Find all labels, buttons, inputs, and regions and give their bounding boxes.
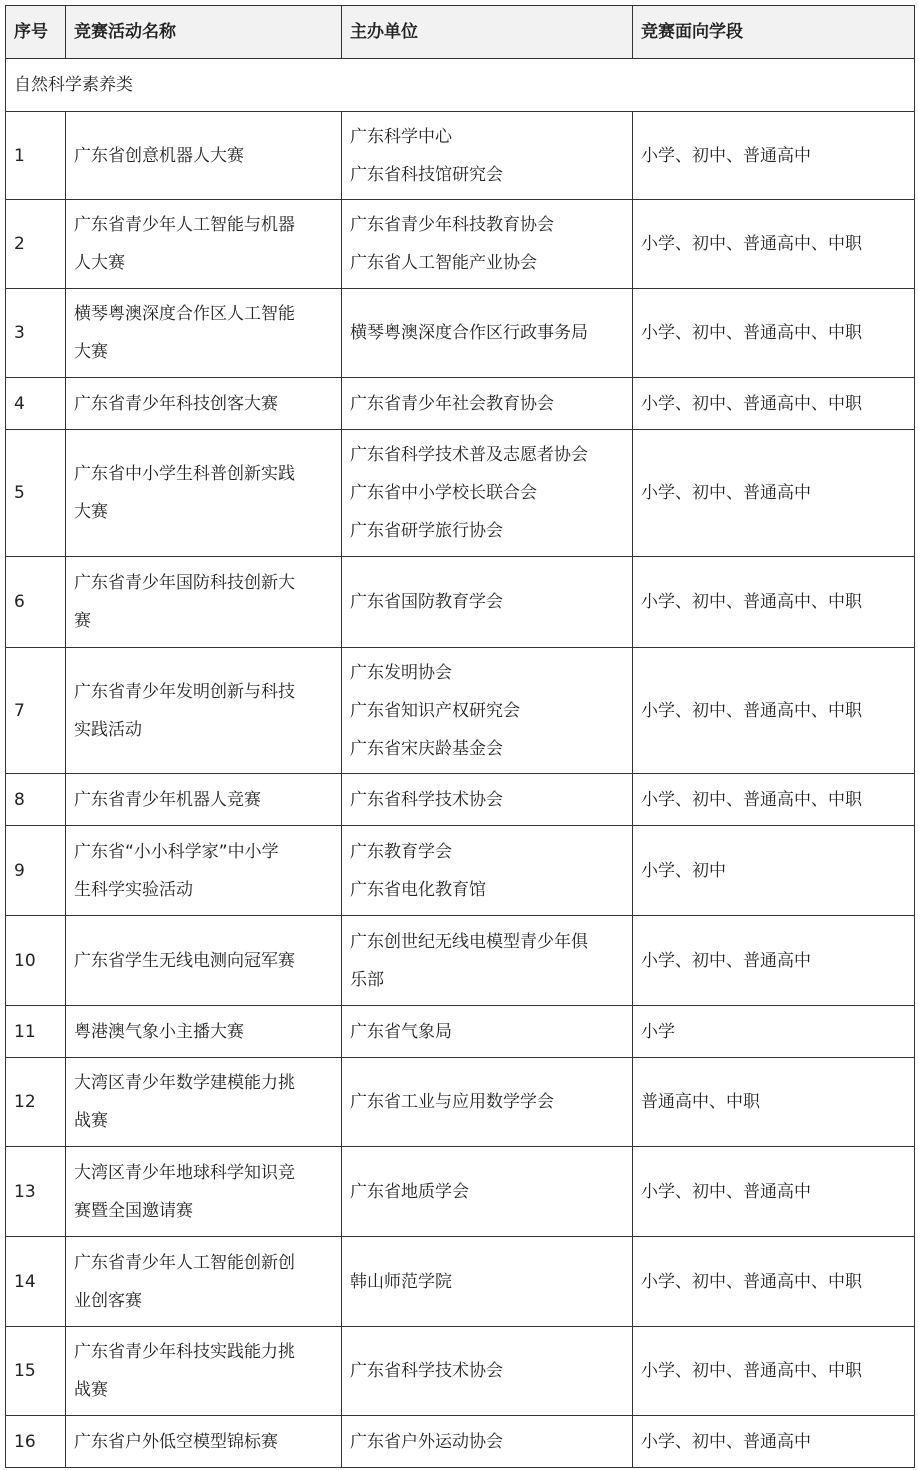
cell-org-line: 广东省研学旅行协会 [350, 512, 624, 550]
cell-no: 12 [6, 1058, 66, 1147]
cell-org-line: 韩山师范学院 [350, 1263, 624, 1301]
cell-no: 8 [6, 774, 66, 826]
cell-name-line: 广东省“小小科学家”中小学 [74, 833, 333, 871]
cell-stage: 小学、初中、普通高中 [633, 916, 915, 1006]
cell-name: 广东省青少年国防科技创新大赛 [66, 557, 342, 648]
cell-name-line: 广东省青少年发明创新与科技 [74, 673, 333, 711]
table-row: 11粤港澳气象小主播大赛广东省气象局小学 [6, 1006, 915, 1058]
cell-name-line: 实践活动 [74, 711, 333, 749]
cell-org: 广东省青少年社会教育协会 [342, 378, 633, 430]
cell-stage: 小学、初中、普通高中 [633, 112, 915, 200]
cell-org-line: 广东省电化教育馆 [350, 871, 624, 909]
cell-org-line: 广东省青少年社会教育协会 [350, 385, 624, 423]
table-row: 8广东省青少年机器人竞赛广东省科学技术协会小学、初中、普通高中、中职 [6, 774, 915, 826]
cell-name: 大湾区青少年数学建模能力挑战赛 [66, 1058, 342, 1147]
table-row: 12大湾区青少年数学建模能力挑战赛广东省工业与应用数学学会普通高中、中职 [6, 1058, 915, 1147]
competition-table: 序号 竞赛活动名称 主办单位 竞赛面向学段 自然科学素养类 1广东省创意机器人大… [5, 5, 915, 1468]
table-row: 10广东省学生无线电测向冠军赛广东创世纪无线电模型青少年俱乐部小学、初中、普通高… [6, 916, 915, 1006]
cell-org-line: 广东创世纪无线电模型青少年俱 [350, 923, 624, 961]
cell-org-line: 广东省工业与应用数学学会 [350, 1083, 624, 1121]
cell-org-line: 广东省户外运动协会 [350, 1423, 624, 1461]
cell-org-line: 广东省气象局 [350, 1013, 624, 1051]
cell-name-line: 大赛 [74, 333, 333, 371]
cell-no: 5 [6, 430, 66, 557]
header-no: 序号 [6, 6, 66, 59]
cell-org-line: 广东省人工智能产业协会 [350, 244, 624, 282]
cell-org: 广东创世纪无线电模型青少年俱乐部 [342, 916, 633, 1006]
cell-name-line: 大湾区青少年数学建模能力挑 [74, 1064, 333, 1102]
cell-name: 广东省中小学生科普创新实践大赛 [66, 430, 342, 557]
cell-stage: 小学、初中、普通高中、中职 [633, 557, 915, 648]
cell-no: 3 [6, 289, 66, 378]
cell-name-line: 战赛 [74, 1102, 333, 1140]
cell-name-line: 人大赛 [74, 244, 333, 282]
cell-stage: 小学、初中、普通高中 [633, 430, 915, 557]
cell-name: 大湾区青少年地球科学知识竞赛暨全国邀请赛 [66, 1147, 342, 1237]
category-label: 自然科学素养类 [6, 59, 915, 112]
cell-org: 广东省工业与应用数学学会 [342, 1058, 633, 1147]
category-row: 自然科学素养类 [6, 59, 915, 112]
cell-no: 6 [6, 557, 66, 648]
cell-org: 广东发明协会广东省知识产权研究会广东省宋庆龄基金会 [342, 648, 633, 774]
cell-name-line: 广东省户外低空模型锦标赛 [74, 1423, 333, 1461]
cell-name: 广东省青少年发明创新与科技实践活动 [66, 648, 342, 774]
cell-stage: 小学、初中、普通高中、中职 [633, 648, 915, 774]
table-row: 4广东省青少年科技创客大赛广东省青少年社会教育协会小学、初中、普通高中、中职 [6, 378, 915, 430]
cell-name-line: 大赛 [74, 493, 333, 531]
cell-name: 广东省青少年科技创客大赛 [66, 378, 342, 430]
cell-no: 16 [6, 1416, 66, 1468]
table-row: 15广东省青少年科技实践能力挑战赛广东省科学技术协会小学、初中、普通高中、中职 [6, 1327, 915, 1416]
cell-name-line: 战赛 [74, 1371, 333, 1409]
cell-stage: 小学、初中、普通高中、中职 [633, 1327, 915, 1416]
cell-org: 广东省科学技术协会 [342, 1327, 633, 1416]
cell-org: 广东省科学技术普及志愿者协会广东省中小学校长联合会广东省研学旅行协会 [342, 430, 633, 557]
cell-name-line: 粤港澳气象小主播大赛 [74, 1013, 333, 1051]
header-org: 主办单位 [342, 6, 633, 59]
cell-name-line: 广东省青少年科技实践能力挑 [74, 1333, 333, 1371]
cell-stage: 小学 [633, 1006, 915, 1058]
table-row: 1广东省创意机器人大赛广东科学中心广东省科技馆研究会小学、初中、普通高中 [6, 112, 915, 200]
table-row: 14广东省青少年人工智能创新创业创客赛韩山师范学院小学、初中、普通高中、中职 [6, 1237, 915, 1327]
cell-stage: 小学、初中、普通高中、中职 [633, 378, 915, 430]
table-row: 2广东省青少年人工智能与机器人大赛广东省青少年科技教育协会广东省人工智能产业协会… [6, 200, 915, 289]
cell-stage: 小学、初中、普通高中 [633, 1416, 915, 1468]
cell-org: 韩山师范学院 [342, 1237, 633, 1327]
cell-org-line: 广东教育学会 [350, 833, 624, 871]
table-row: 6广东省青少年国防科技创新大赛广东省国防教育学会小学、初中、普通高中、中职 [6, 557, 915, 648]
cell-no: 4 [6, 378, 66, 430]
cell-name-line: 赛暨全国邀请赛 [74, 1192, 333, 1230]
cell-no: 2 [6, 200, 66, 289]
cell-name-line: 广东省中小学生科普创新实践 [74, 455, 333, 493]
table-row: 16广东省户外低空模型锦标赛广东省户外运动协会小学、初中、普通高中 [6, 1416, 915, 1468]
table-row: 5广东省中小学生科普创新实践大赛广东省科学技术普及志愿者协会广东省中小学校长联合… [6, 430, 915, 557]
cell-org: 横琴粤澳深度合作区行政事务局 [342, 289, 633, 378]
cell-org: 广东教育学会广东省电化教育馆 [342, 826, 633, 916]
cell-org: 广东省地质学会 [342, 1147, 633, 1237]
cell-no: 7 [6, 648, 66, 774]
table-row: 9广东省“小小科学家”中小学生科学实验活动广东教育学会广东省电化教育馆小学、初中 [6, 826, 915, 916]
cell-org-line: 广东省科学技术普及志愿者协会 [350, 436, 624, 474]
cell-stage: 小学、初中、普通高中、中职 [633, 1237, 915, 1327]
cell-org: 广东省户外运动协会 [342, 1416, 633, 1468]
cell-stage: 小学、初中、普通高中、中职 [633, 200, 915, 289]
cell-org-line: 广东发明协会 [350, 654, 624, 692]
cell-org-line: 广东省国防教育学会 [350, 583, 624, 621]
header-row: 序号 竞赛活动名称 主办单位 竞赛面向学段 [6, 6, 915, 59]
cell-org-line: 广东省知识产权研究会 [350, 692, 624, 730]
cell-name: 广东省青少年科技实践能力挑战赛 [66, 1327, 342, 1416]
cell-org: 广东省青少年科技教育协会广东省人工智能产业协会 [342, 200, 633, 289]
cell-name: 横琴粤澳深度合作区人工智能大赛 [66, 289, 342, 378]
cell-org-line: 广东省地质学会 [350, 1173, 624, 1211]
cell-name-line: 广东省创意机器人大赛 [74, 137, 333, 175]
cell-org: 广东省气象局 [342, 1006, 633, 1058]
cell-stage: 小学、初中、普通高中、中职 [633, 774, 915, 826]
cell-name-line: 生科学实验活动 [74, 871, 333, 909]
cell-name: 广东省户外低空模型锦标赛 [66, 1416, 342, 1468]
cell-org-line: 广东省青少年科技教育协会 [350, 206, 624, 244]
cell-stage: 小学、初中 [633, 826, 915, 916]
cell-org-line: 广东省中小学校长联合会 [350, 474, 624, 512]
cell-no: 10 [6, 916, 66, 1006]
cell-name-line: 赛 [74, 602, 333, 640]
cell-org-line: 广东省科学技术协会 [350, 1352, 624, 1390]
cell-name-line: 大湾区青少年地球科学知识竞 [74, 1154, 333, 1192]
cell-name: 广东省学生无线电测向冠军赛 [66, 916, 342, 1006]
cell-org-line: 广东省宋庆龄基金会 [350, 730, 624, 768]
cell-no: 13 [6, 1147, 66, 1237]
table-row: 3横琴粤澳深度合作区人工智能大赛横琴粤澳深度合作区行政事务局小学、初中、普通高中… [6, 289, 915, 378]
cell-name-line: 横琴粤澳深度合作区人工智能 [74, 295, 333, 333]
cell-org-line: 广东科学中心 [350, 118, 624, 156]
cell-no: 11 [6, 1006, 66, 1058]
header-name: 竞赛活动名称 [66, 6, 342, 59]
table-row: 7广东省青少年发明创新与科技实践活动广东发明协会广东省知识产权研究会广东省宋庆龄… [6, 648, 915, 774]
cell-name-line: 广东省学生无线电测向冠军赛 [74, 942, 333, 980]
cell-org: 广东科学中心广东省科技馆研究会 [342, 112, 633, 200]
cell-name-line: 广东省青少年机器人竞赛 [74, 781, 333, 819]
cell-name-line: 广东省青少年国防科技创新大 [74, 564, 333, 602]
cell-name-line: 业创客赛 [74, 1282, 333, 1320]
cell-org-line: 广东省科学技术协会 [350, 781, 624, 819]
cell-name-line: 广东省青少年人工智能创新创 [74, 1244, 333, 1282]
cell-name-line: 广东省青少年人工智能与机器 [74, 206, 333, 244]
cell-org: 广东省国防教育学会 [342, 557, 633, 648]
cell-name: 广东省青少年人工智能创新创业创客赛 [66, 1237, 342, 1327]
cell-stage: 小学、初中、普通高中、中职 [633, 289, 915, 378]
cell-no: 1 [6, 112, 66, 200]
cell-stage: 普通高中、中职 [633, 1058, 915, 1147]
cell-name: 广东省青少年机器人竞赛 [66, 774, 342, 826]
cell-org-line: 横琴粤澳深度合作区行政事务局 [350, 314, 624, 352]
table-row: 13大湾区青少年地球科学知识竞赛暨全国邀请赛广东省地质学会小学、初中、普通高中 [6, 1147, 915, 1237]
cell-name: 粤港澳气象小主播大赛 [66, 1006, 342, 1058]
cell-org-line: 乐部 [350, 961, 624, 999]
cell-stage: 小学、初中、普通高中 [633, 1147, 915, 1237]
cell-name: 广东省青少年人工智能与机器人大赛 [66, 200, 342, 289]
cell-org: 广东省科学技术协会 [342, 774, 633, 826]
cell-no: 15 [6, 1327, 66, 1416]
cell-no: 9 [6, 826, 66, 916]
cell-name-line: 广东省青少年科技创客大赛 [74, 385, 333, 423]
cell-no: 14 [6, 1237, 66, 1327]
cell-name: 广东省创意机器人大赛 [66, 112, 342, 200]
cell-name: 广东省“小小科学家”中小学生科学实验活动 [66, 826, 342, 916]
header-stage: 竞赛面向学段 [633, 6, 915, 59]
cell-org-line: 广东省科技馆研究会 [350, 156, 624, 194]
